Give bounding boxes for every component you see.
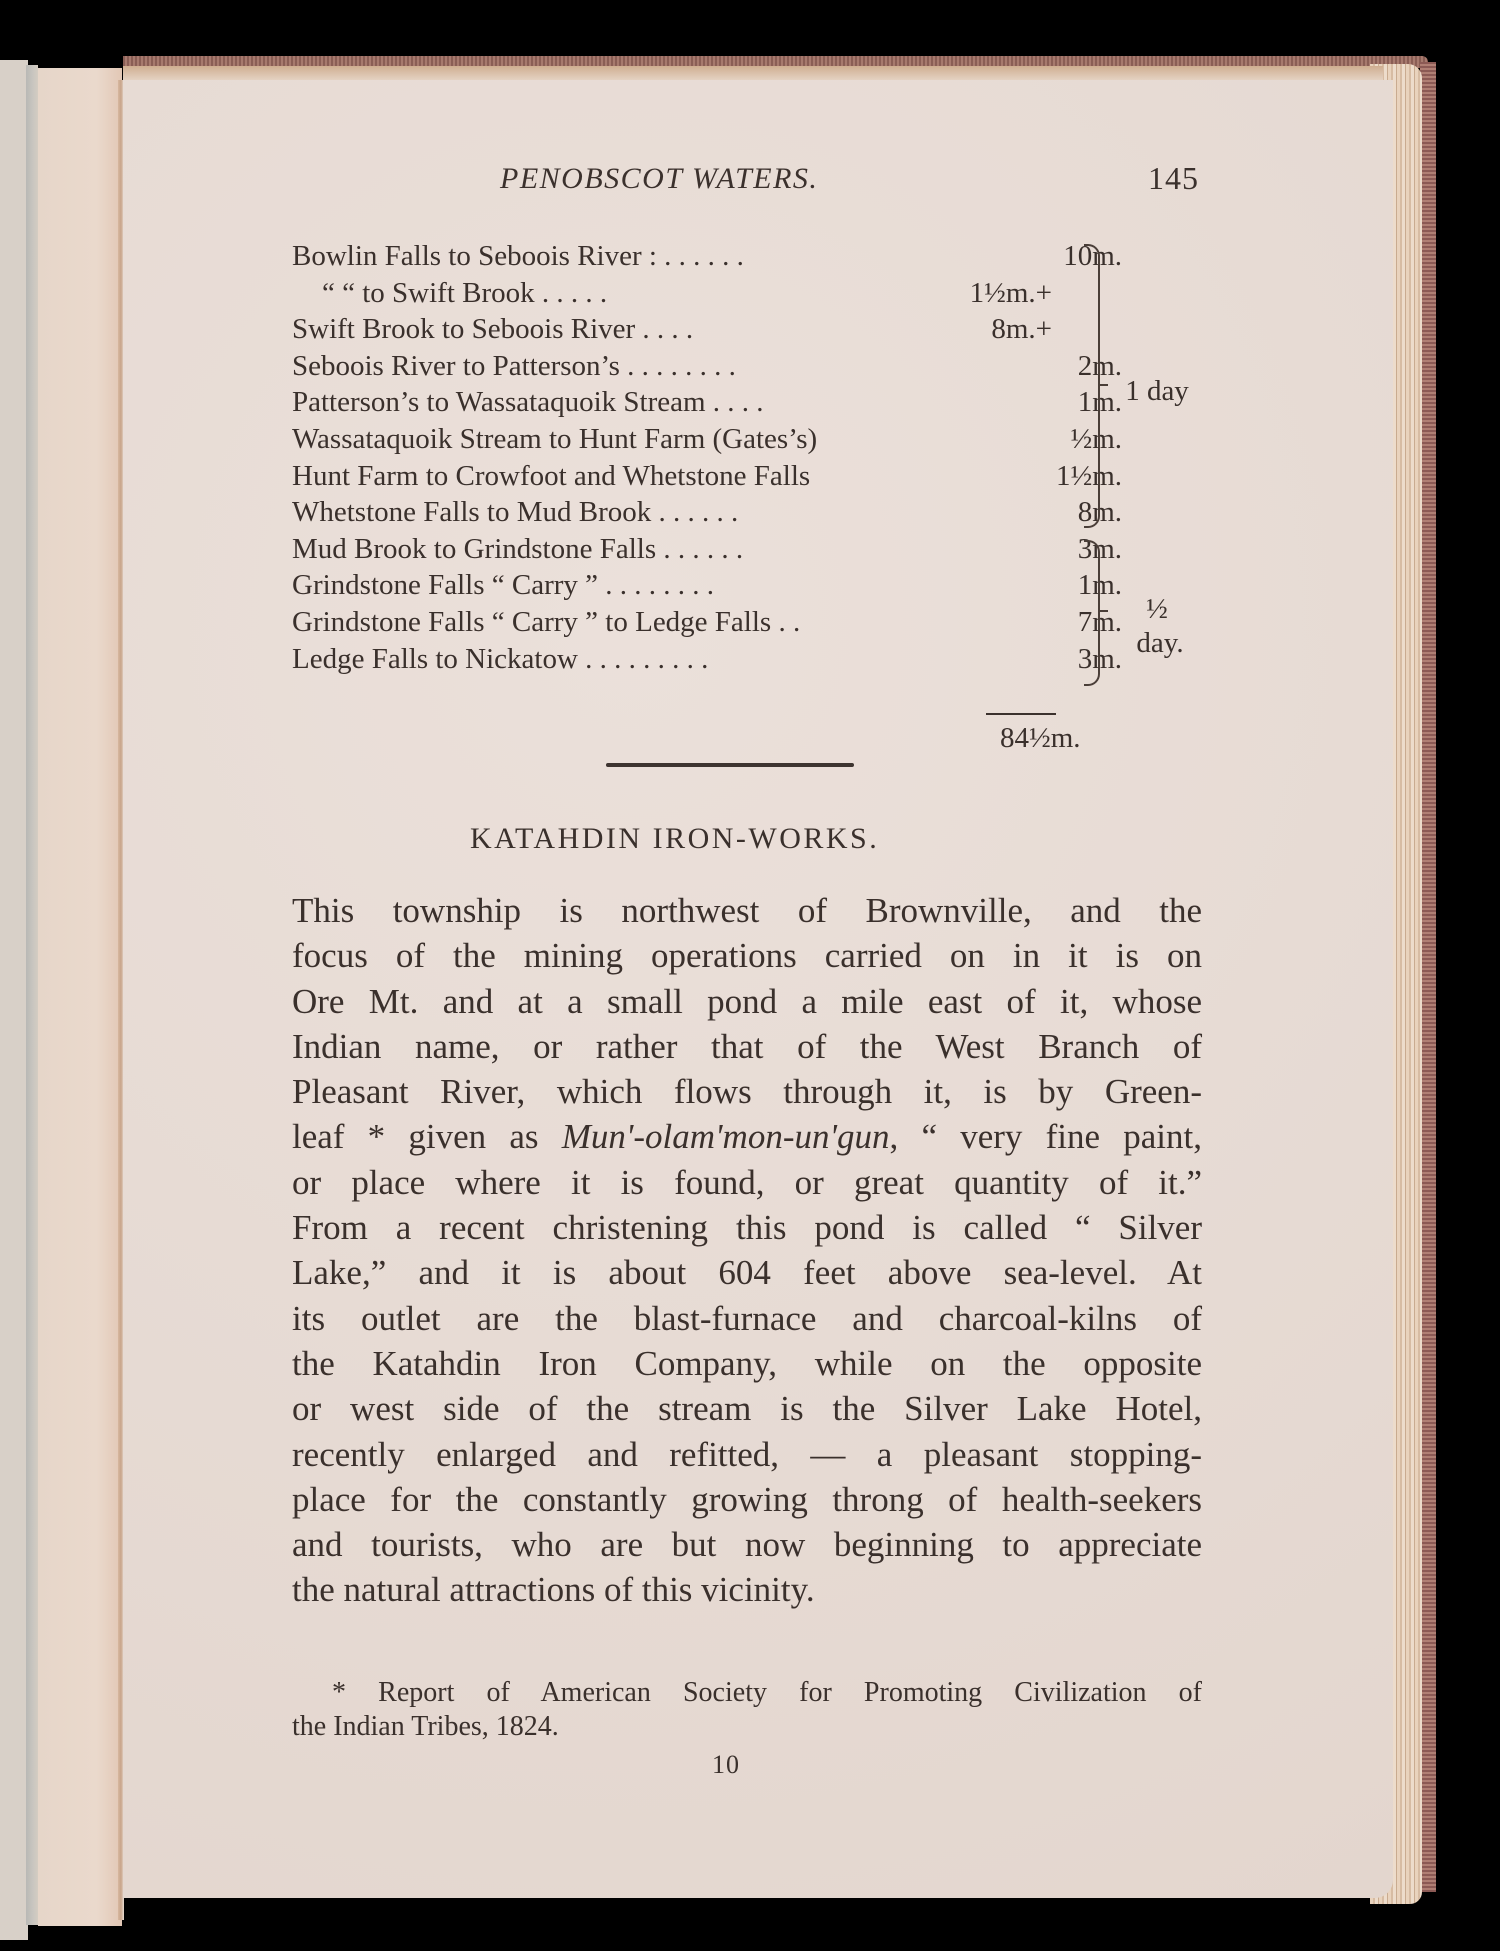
route-row: Ledge Falls to Nickatow . . . . . . . . … [292, 641, 1192, 678]
section-heading: KATAHDIN IRON-WORKS. [470, 822, 879, 856]
page-top-edge [123, 66, 1383, 80]
text-line: its outlet are the blast-furnace and cha… [292, 1296, 1202, 1341]
route-distance: ½m. [292, 421, 1122, 457]
brace-one-day [1084, 244, 1100, 528]
brace-half-day [1084, 540, 1100, 686]
body-paragraph: This township is northwest of Brownville… [292, 888, 1202, 1613]
text-line: Pleasant River, which flows through it, … [292, 1069, 1202, 1114]
route-row: Wassataquoik Stream to Hunt Farm (Gates’… [292, 421, 1192, 458]
left-page-sliver [38, 68, 122, 1926]
text-line: or place where it is found, or great qua… [292, 1160, 1202, 1205]
text-line: focus of the mining operations carried o… [292, 933, 1202, 978]
total-distance: 84½m. [1000, 722, 1081, 755]
route-distance: 1m. [292, 567, 1122, 603]
sum-rule [986, 713, 1056, 715]
text-line: or west side of the stream is the Silver… [292, 1386, 1202, 1431]
text-line: the Katahdin Iron Company, while on the … [292, 1341, 1202, 1386]
text-fragment: , “ very fine paint, [889, 1117, 1202, 1156]
route-row: Swift Brook to Seboois River . . . .8m.+ [292, 311, 1192, 348]
brace-tip [1098, 384, 1108, 386]
text-line: Indian name, or rather that of the West … [292, 1024, 1202, 1069]
footnote-line: * Report of American Society for Promoti… [292, 1676, 1202, 1710]
text-line: leaf * given as Mun'-olam'mon-un'gun, “ … [292, 1114, 1202, 1159]
group-label-one-day: 1 day [1112, 376, 1202, 406]
route-row: “ “ to Swift Brook . . . . .1½m.+ [292, 275, 1192, 312]
route-row: Patterson’s to Wassataquoik Stream . . .… [292, 384, 1192, 421]
cloth-cover-right [1420, 62, 1436, 1892]
route-distance: 8m. [292, 494, 1122, 530]
route-distance: 1½m.+ [292, 275, 1052, 311]
text-fragment: leaf * given as [292, 1117, 562, 1156]
brace-tip [1098, 610, 1108, 612]
route-distance: 1m. [292, 384, 1122, 420]
text-line: and tourists, who are but now beginning … [292, 1522, 1202, 1567]
text-line: recently enlarged and refitted, — a plea… [292, 1432, 1202, 1477]
text-line: This township is northwest of Brownville… [292, 888, 1202, 933]
page-number: 145 [1148, 160, 1199, 197]
gutter-shadow [26, 65, 38, 1925]
indian-name-italic: Mun'-olam'mon-un'gun [562, 1117, 890, 1156]
text-line: place for the constantly growing throng … [292, 1477, 1202, 1522]
route-distance: 2m. [292, 348, 1122, 384]
signature-mark: 10 [712, 1750, 740, 1780]
route-distance: 1½m. [292, 458, 1122, 494]
previous-page-edge [0, 60, 28, 1940]
route-row: Grindstone Falls “ Carry ” . . . . . . .… [292, 567, 1192, 604]
route-distance: 8m.+ [292, 311, 1052, 347]
route-distance: 3m. [292, 641, 1122, 677]
route-distance: 10m. [292, 238, 1122, 274]
route-distance: 3m. [292, 531, 1122, 567]
running-title: PENOBSCOT WATERS. [500, 162, 818, 196]
text-line: Ore Mt. and at a small pond a mile east … [292, 979, 1202, 1024]
text-line: Lake,” and it is about 604 feet above se… [292, 1250, 1202, 1295]
group-label-half-day-unit: day. [1124, 628, 1196, 658]
route-row: Whetstone Falls to Mud Brook . . . . . .… [292, 494, 1192, 531]
route-distance: 7m. [292, 604, 1122, 640]
route-row: Grindstone Falls “ Carry ” to Ledge Fall… [292, 604, 1192, 641]
route-row: Hunt Farm to Crowfoot and Whetstone Fall… [292, 458, 1192, 495]
footnote-line: the Indian Tribes, 1824. [292, 1710, 1202, 1744]
route-row: Bowlin Falls to Seboois River : . . . . … [292, 238, 1192, 275]
distance-table: Bowlin Falls to Seboois River : . . . . … [292, 238, 1192, 677]
text-line: the natural attractions of this vicinity… [292, 1567, 1202, 1612]
route-row: Seboois River to Patterson’s . . . . . .… [292, 348, 1192, 385]
group-label-half-day-fraction: ½ [1132, 594, 1182, 624]
route-row: Mud Brook to Grindstone Falls . . . . . … [292, 531, 1192, 568]
section-divider [606, 763, 854, 767]
footnote: * Report of American Society for Promoti… [292, 1676, 1202, 1744]
text-line: From a recent christening this pond is c… [292, 1205, 1202, 1250]
